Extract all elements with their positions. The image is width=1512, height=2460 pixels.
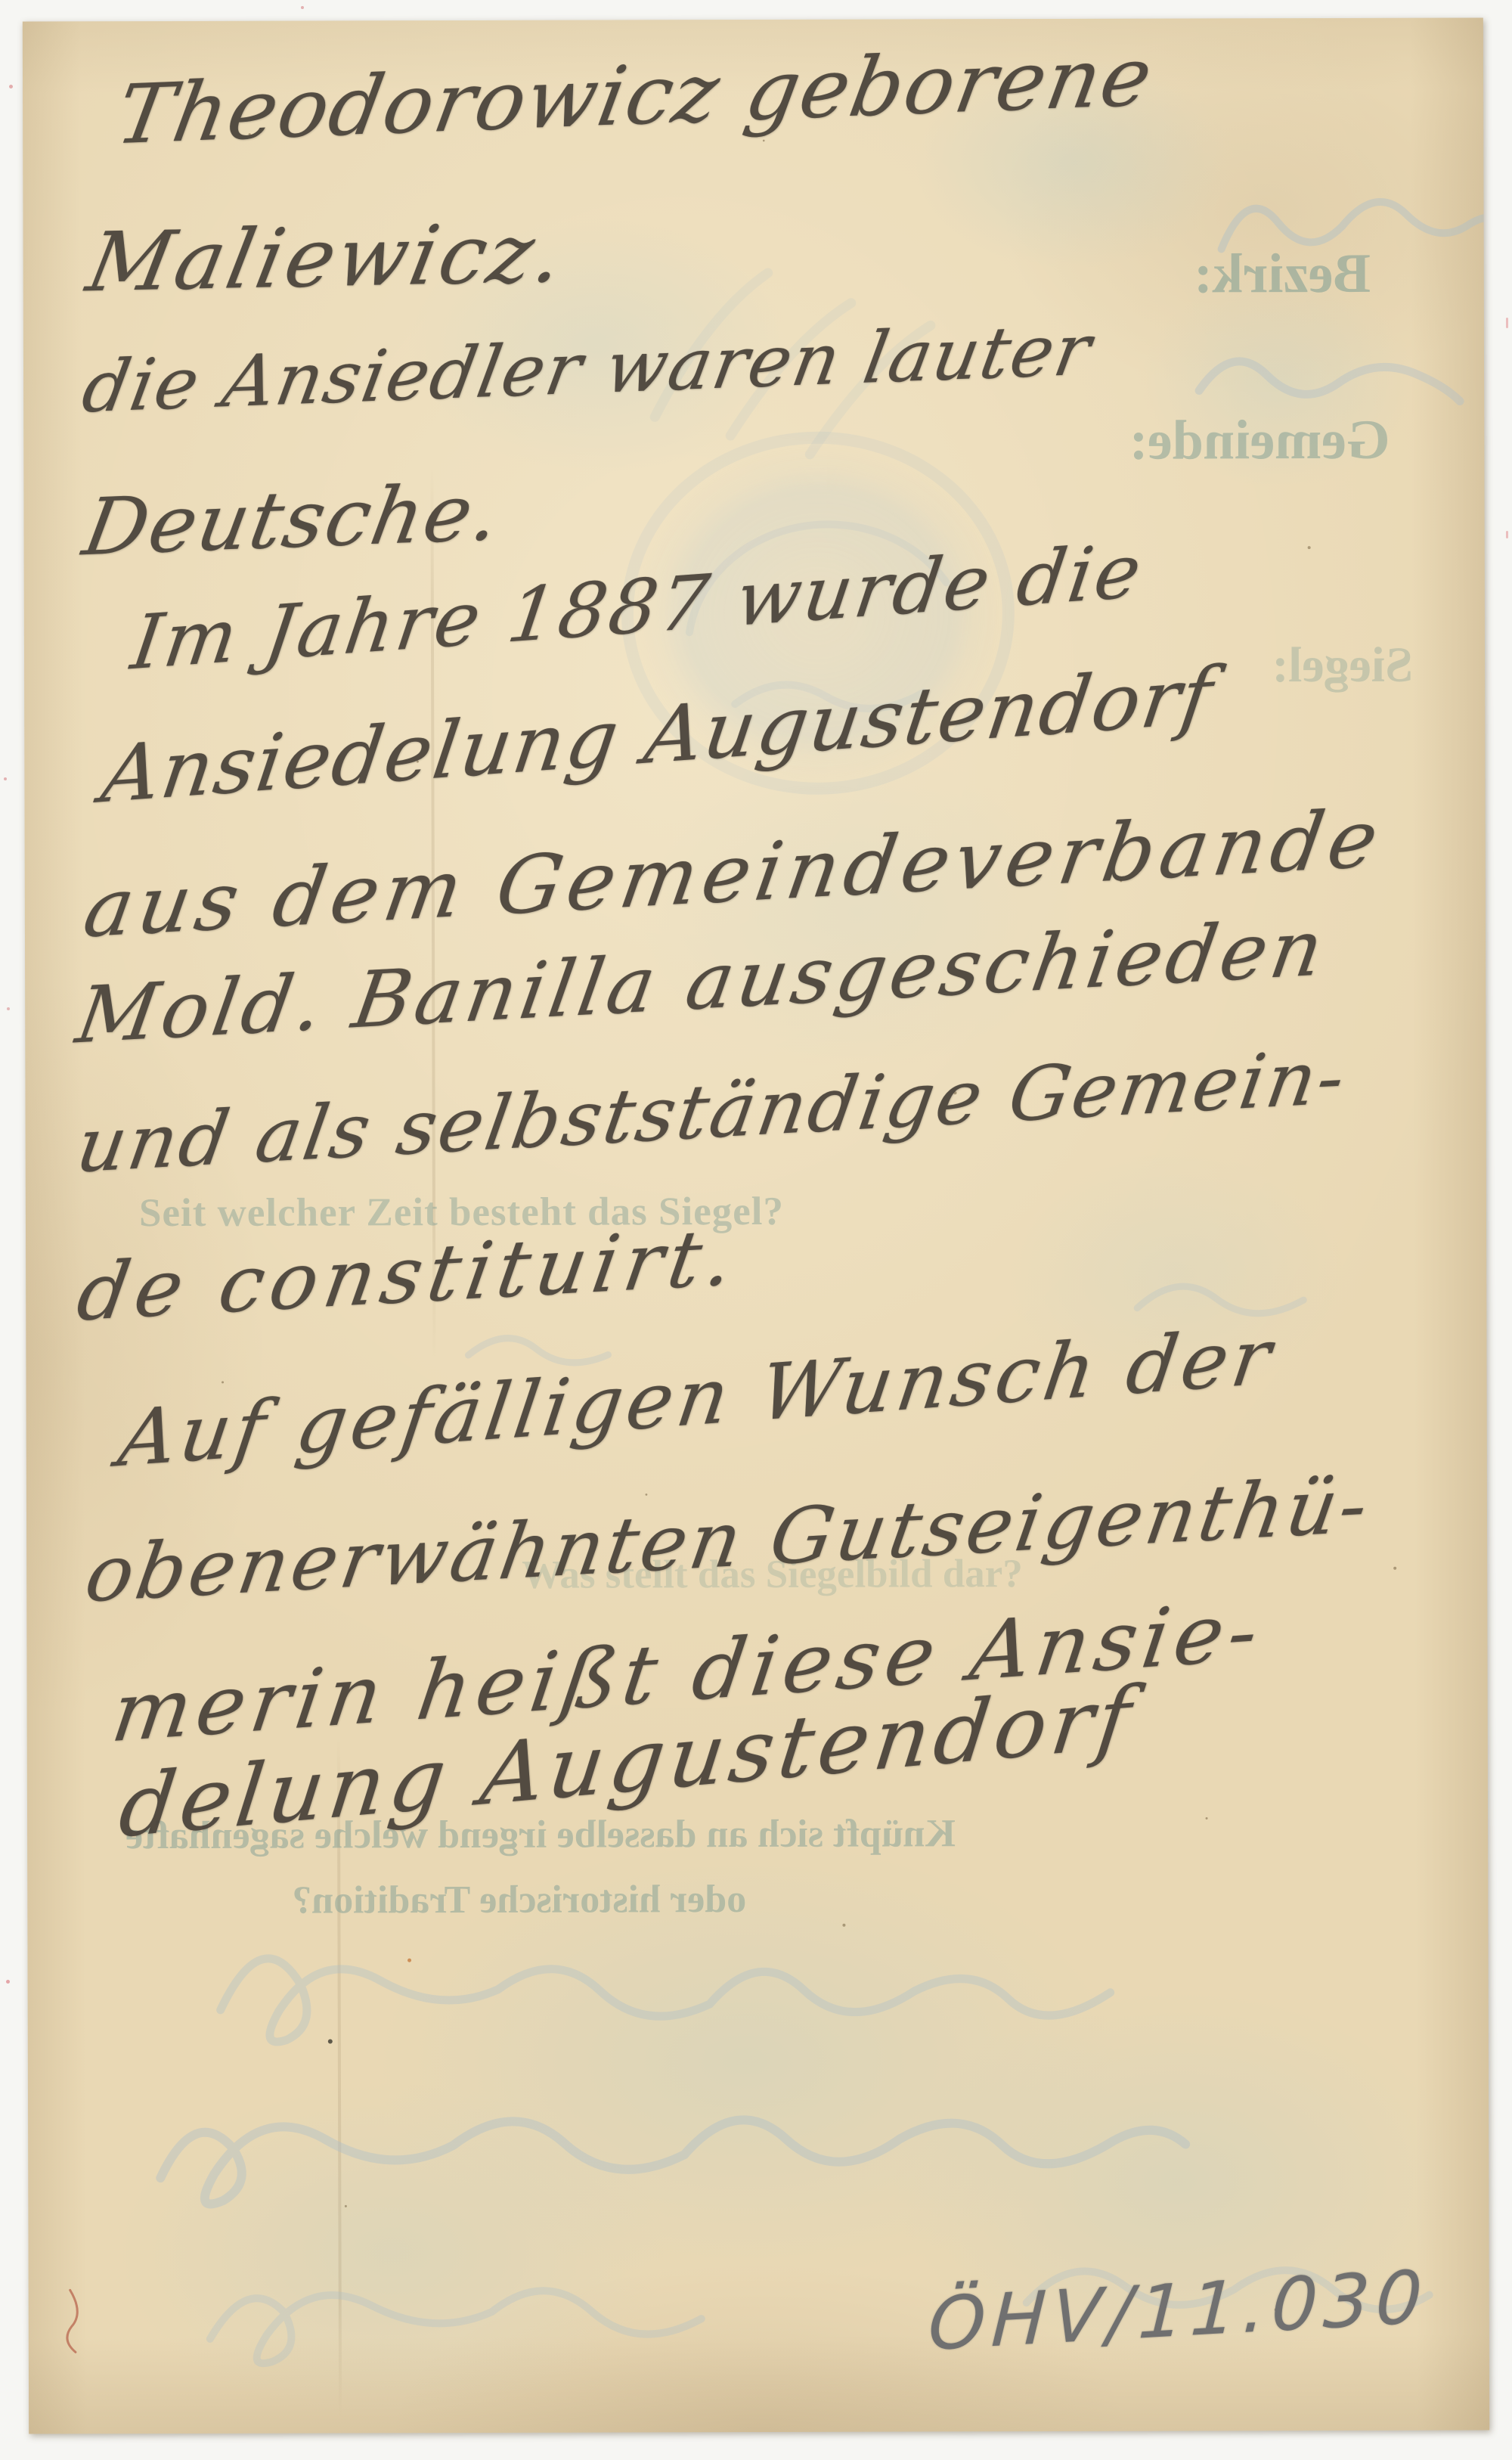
- margin-speck: [1506, 531, 1508, 538]
- margin-speck: [7, 1007, 10, 1010]
- handwritten-line: Deutsche.: [77, 466, 508, 573]
- dust-specks: [218, 130, 1399, 2314]
- handwritten-line: Theodorowicz geborene: [110, 29, 1160, 163]
- margin-speck: [4, 777, 7, 780]
- bleedthrough-question-knuepft-line2: oder historische Tradition?: [292, 1877, 746, 1923]
- margin-speck: [301, 6, 304, 9]
- handwritten-line: und als selbstständige Gemein-: [71, 1034, 1352, 1190]
- bleedthrough-label-gemeinde: Gemeinde:: [1129, 408, 1390, 473]
- bleedthrough-label-bezirk: Bezirk:: [1194, 242, 1371, 307]
- handwritten-line: Maliewicz.: [80, 206, 574, 311]
- paper-crease: [337, 1737, 342, 2418]
- archival-number: ÖHV/11.030: [926, 2254, 1430, 2367]
- margin-speck: [1506, 318, 1508, 328]
- margin-speck: [9, 85, 13, 88]
- margin-speck: [6, 1980, 10, 1984]
- red-fiber: [67, 2290, 78, 2352]
- paper-sheet: Bezirk: Gemeinde: Siegel: Seit welcher Z…: [23, 17, 1489, 2434]
- handwritten-line: die Ansiedler waren lauter: [76, 309, 1098, 430]
- handwritten-line: Auf gefälligen Wunsch der: [113, 1311, 1280, 1484]
- handwritten-line: de constituirt.: [71, 1211, 745, 1339]
- bleedthrough-label-siegel: Siegel:: [1272, 637, 1413, 694]
